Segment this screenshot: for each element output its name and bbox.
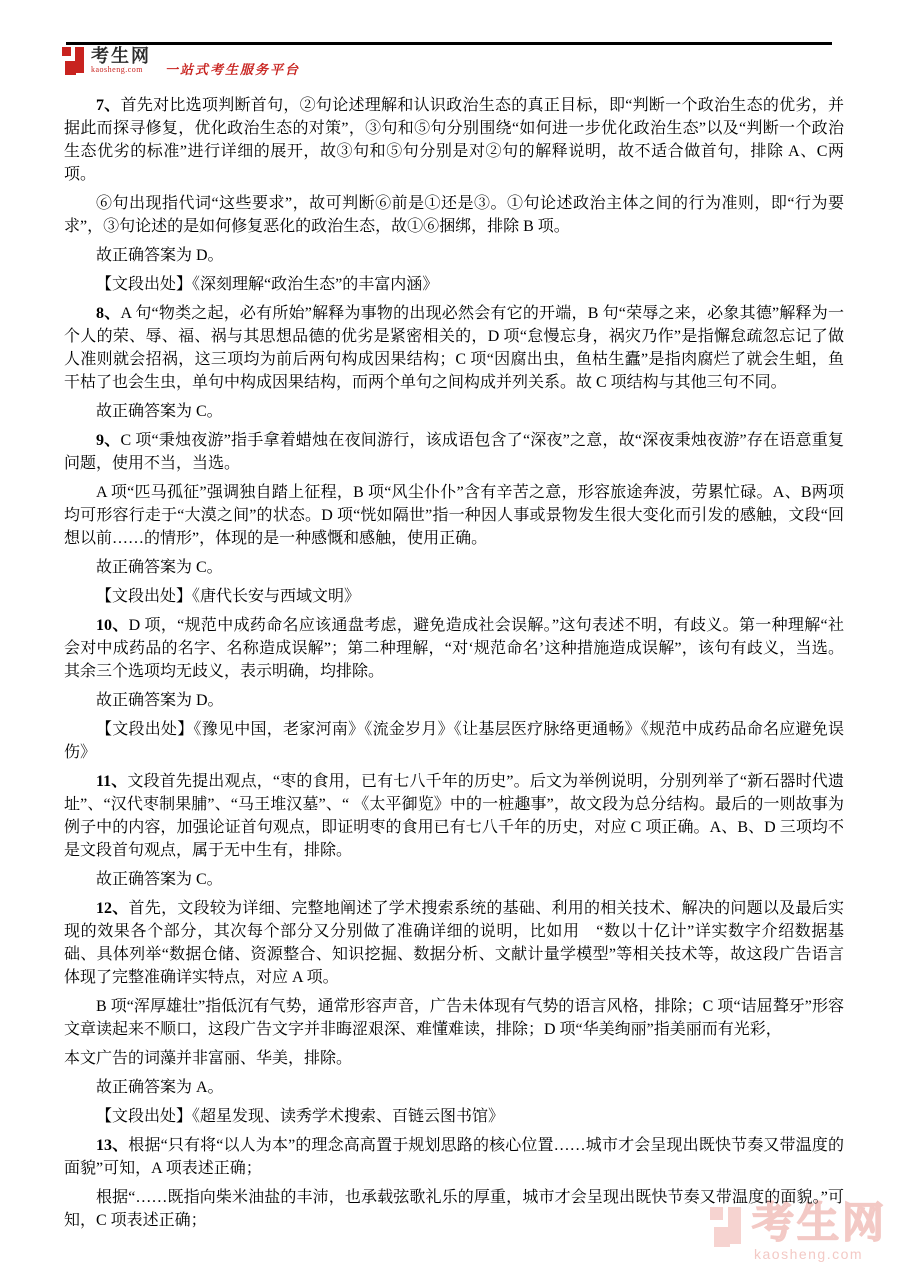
item-8-analysis-number: 8、: [96, 305, 120, 322]
item-10-analysis-number: 10、: [96, 617, 129, 634]
item-12-source: 【文段出处】《超星发现、读秀学术搜索、百链云图书馆》: [64, 1105, 844, 1128]
item-11-answer: 故正确答案为 C。: [64, 868, 844, 891]
item-8-analysis: 8、A 句“物类之起，必有所始”解释为事物的出现必然会有它的开端，B 句“荣辱之…: [64, 302, 844, 394]
item-7-analysis: 7、首先对比选项判断首句，②句论述理解和认识政治生态的真正目标，即“判断一个政治…: [64, 94, 844, 186]
item-11-analysis-number: 11、: [96, 773, 127, 790]
brand-name: 考生网: [91, 47, 151, 65]
item-9-answer: 故正确答案为 C。: [64, 556, 844, 579]
item-10-source: 【文段出处】《豫见中国，老家河南》《流金岁月》《让基层医疗脉络更通畅》《规范中成…: [64, 718, 844, 764]
item-9-analysis-2: A 项“匹马孤征”强调独自踏上征程，B 项“风尘仆仆”含有辛苦之意，形容旅途奔波…: [64, 481, 844, 550]
item-12-analysis: 12、首先，文段较为详细、完整地阐述了学术搜索系统的基础、利用的相关技术、解决的…: [64, 897, 844, 989]
brand-text-block: 考生网 kaosheng.com: [91, 47, 151, 74]
item-10-analysis: 10、D 项，“规范中成药命名应该通盘考虑，避免造成社会误解。”这句表述不明，有…: [64, 614, 844, 683]
item-9-source: 【文段出处】《唐代长安与西域文明》: [64, 585, 844, 608]
item-13-analysis: 13、根据“只有将“以人为本”的理念高高置于规划思路的核心位置……城市才会呈现出…: [64, 1134, 844, 1180]
item-12-analysis-3: 本文广告的词藻并非富丽、华美，排除。: [64, 1047, 844, 1070]
item-9-analysis: 9、C 项“秉烛夜游”指手拿着蜡烛在夜间游行，该成语包含了“深夜”之意，故“深夜…: [64, 429, 844, 475]
item-7-source: 【文段出处】《深刻理解“政治生态”的丰富内涵》: [64, 273, 844, 296]
document-page: 考生网 kaosheng.com 一站式考生服务平台 7、首先对比选项判断首句，…: [0, 0, 900, 1273]
kaosheng-logo-icon: [62, 47, 86, 78]
item-13-analysis-2: 根据“……既指向柴米油盐的丰沛，也承载弦歌礼乐的厚重，城市才会呈现出既快节奏又带…: [64, 1186, 844, 1232]
brand-domain: kaosheng.com: [91, 66, 151, 74]
item-8-answer: 故正确答案为 C。: [64, 400, 844, 423]
item-7-answer: 故正确答案为 D。: [64, 244, 844, 267]
item-10-answer: 故正确答案为 D。: [64, 689, 844, 712]
item-12-answer: 故正确答案为 A。: [64, 1076, 844, 1099]
brand-tagline: 一站式考生服务平台: [165, 59, 300, 78]
item-13-analysis-number: 13、: [96, 1137, 128, 1154]
answer-explanations: 7、首先对比选项判断首句，②句论述理解和认识政治生态的真正目标，即“判断一个政治…: [64, 94, 844, 1238]
item-12-analysis-2: B 项“浑厚雄壮”指低沉有气势，通常形容声音，广告未体现有气势的语言风格，排除；…: [64, 995, 844, 1041]
item-7-analysis-2: ⑥句出现指代词“这些要求”，故可判断⑥前是①还是③。①句论述政治主体之间的行为准…: [64, 192, 844, 238]
brand-logo[interactable]: 考生网 kaosheng.com 一站式考生服务平台: [62, 47, 300, 78]
item-12-analysis-number: 12、: [96, 900, 129, 917]
item-7-analysis-number: 7、: [96, 97, 121, 114]
header-rule: [66, 42, 832, 45]
item-11-analysis: 11、文段首先提出观点，“枣的食用，已有七八千年的历史”。后文为举例说明，分别列…: [64, 770, 844, 862]
item-9-analysis-number: 9、: [96, 432, 120, 449]
watermark-domain: kaosheng.com: [754, 1247, 887, 1261]
